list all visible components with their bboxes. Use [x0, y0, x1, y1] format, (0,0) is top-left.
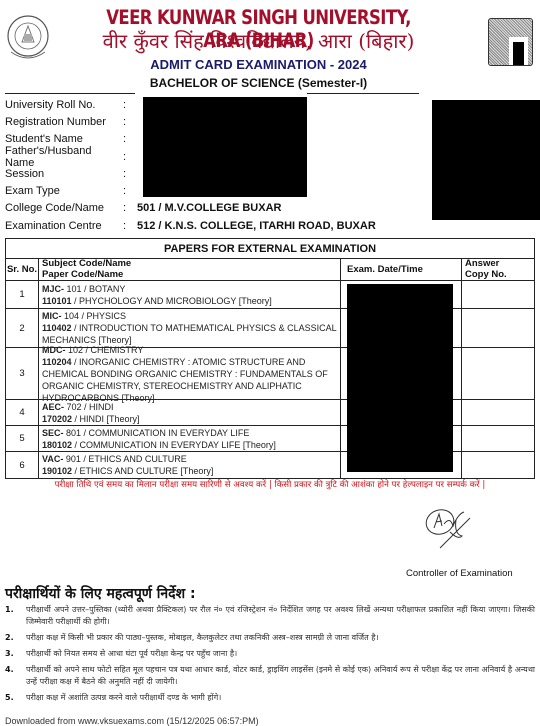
table-row: 1 MJC- 101 / BOTANY 110101 / PHYCHOLOGY …: [6, 281, 534, 309]
table-row: 6 VAC- 901 / ETHICS AND CULTURE 190102 /…: [6, 452, 534, 478]
signature-icon: [420, 506, 480, 552]
divider: [307, 93, 419, 94]
redacted-personal-details: [143, 97, 307, 197]
redacted-photo: [432, 100, 540, 220]
answer-copy-cell: [462, 309, 534, 347]
instruction-item: 2. परीक्षा कक्ष में किसी भी प्रकार की पा…: [5, 632, 535, 644]
papers-table-header: Sr. No. Subject Code/Name Paper Code/Nam…: [6, 259, 534, 281]
instruction-item: 3. परीक्षार्थी को नियत समय से आधा घंटा प…: [5, 648, 535, 660]
redacted-exam-dates: [347, 284, 453, 472]
controller-of-examination: Controller of Examination: [406, 568, 513, 579]
info-row-college: College Code/Name : 501 / M.V.COLLEGE BU…: [5, 200, 376, 217]
university-name-hindi: वीर कुँवर सिंह विश्वविद्यालय, आरा (बिहार…: [86, 27, 431, 54]
university-seal-icon: [5, 12, 51, 64]
answer-copy-cell: [462, 400, 534, 425]
course-title: BACHELOR OF SCIENCE (Semester-I): [86, 76, 431, 90]
header-answer-copy: Answer Copy No.: [462, 259, 534, 280]
papers-table-title: PAPERS FOR EXTERNAL EXAMINATION: [6, 239, 534, 259]
instructions-title: परीक्षार्थियों के लिए महत्वपूर्ण निर्देश…: [5, 584, 196, 603]
instructions-list: 1. परीक्षार्थी अपने उत्तर–पुस्तिका (थ्यो…: [5, 604, 535, 708]
answer-copy-cell: [462, 281, 534, 308]
answer-copy-cell: [462, 426, 534, 451]
verification-notice: परीक्षा तिथि एवं समय का मिलान परीक्षा सम…: [0, 478, 540, 490]
download-footer: Downloaded from www.vksuexams.com (15/12…: [5, 716, 259, 726]
table-row: 4 AEC- 702 / HINDI 170202 / HINDI [Theor…: [6, 400, 534, 426]
table-row: 2 MIC- 104 / PHYSICS 110402 / INTRODUCTI…: [6, 309, 534, 348]
instruction-item: 4. परीक्षार्थी को अपने साथ फोटो सहित मूल…: [5, 664, 535, 688]
instruction-item: 5. परीक्षा कक्ष में अशांति उत्पन्न करने …: [5, 692, 535, 704]
papers-table: PAPERS FOR EXTERNAL EXAMINATION Sr. No. …: [5, 238, 535, 479]
header-subject: Subject Code/Name Paper Code/Name: [39, 259, 341, 280]
answer-copy-cell: [462, 348, 534, 399]
admit-card-title: ADMIT CARD EXAMINATION - 2024: [86, 57, 431, 72]
table-row: 5 SEC- 801 / COMMUNICATION IN EVERYDAY L…: [6, 426, 534, 452]
instruction-item: 1. परीक्षार्थी अपने उत्तर–पुस्तिका (थ्यो…: [5, 604, 535, 628]
header-sr-no: Sr. No.: [6, 259, 39, 280]
qr-code-icon: [488, 18, 533, 66]
answer-copy-cell: [462, 452, 534, 478]
header-exam-date: Exam. Date/Time: [341, 259, 462, 280]
info-row-exam-centre: Examination Centre : 512 / K.N.S. COLLEG…: [5, 217, 376, 234]
table-row: 3 MDC- 102 / CHEMISTRY 110204 / INORGANI…: [6, 348, 534, 400]
divider: [5, 93, 135, 94]
